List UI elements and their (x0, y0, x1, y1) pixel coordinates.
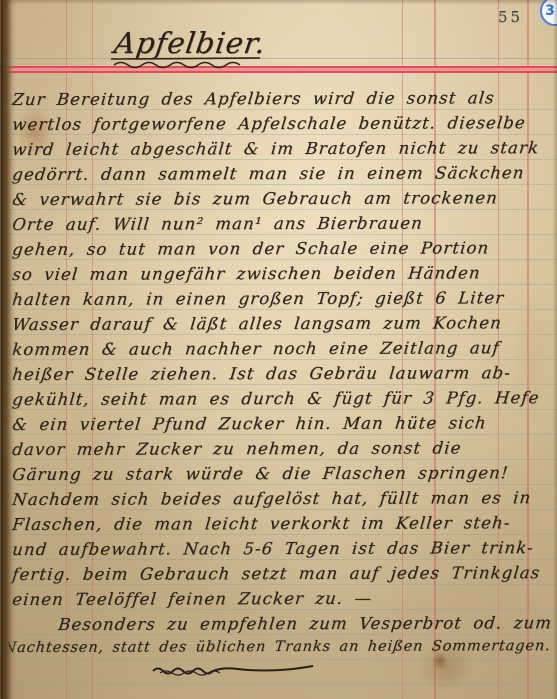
manuscript-line: Besonders zu empfehlen zum Vesperbrot od… (57, 613, 557, 641)
manuscript-line: wird leicht abgeschält & im Bratofen nic… (11, 138, 554, 166)
manuscript-line: Wasser darauf & läßt alles langsam zum K… (11, 313, 554, 341)
manuscript-line: & verwahrt sie bis zum Gebrauch am trock… (11, 188, 554, 216)
manuscript-page: 55 3 Apfelbier. Zur Bereitung des Apfelb… (0, 0, 557, 699)
page-number: 55 (498, 10, 523, 25)
manuscript-line: so viel man ungefähr zwischen beiden Hän… (11, 263, 554, 291)
manuscript-line: fertig. beim Gebrauch setzt man auf jede… (11, 563, 554, 591)
manuscript-line: einen Teelöffel feinen Zucker zu. — (11, 588, 554, 616)
manuscript-line: Zur Bereitung des Apfelbiers wird die so… (11, 88, 554, 116)
binding-edge (0, 0, 16, 699)
manuscript-line: & ein viertel Pfund Zucker hin. Man hüte… (11, 413, 554, 441)
manuscript-line: Nachdem sich beides aufgelöst hat, füllt… (11, 488, 554, 516)
manuscript-line: halten kann, in einen großen Topf; gießt… (11, 288, 554, 316)
manuscript-line: davor mehr Zucker zu nehmen, da sonst di… (11, 438, 554, 466)
manuscript-line: wertlos fortgeworfene Apfelschale benütz… (11, 113, 554, 141)
manuscript-line: und aufbewahrt. Nach 5-6 Tagen ist das B… (11, 538, 554, 566)
header-teal-rule (0, 58, 557, 59)
end-flourish (150, 662, 325, 678)
manuscript-line: kommen & auch nachher noch eine Zeitlang… (11, 338, 554, 366)
manuscript-line: gedörrt. dann sammelt man sie in einem S… (11, 163, 554, 191)
page-edge-right (553, 0, 557, 699)
manuscript-line: heißer Stelle ziehen. Ist das Gebräu lau… (11, 363, 554, 391)
manuscript-line: Gärung zu stark würde & die Flaschen spr… (11, 463, 554, 491)
header-red-rule (0, 66, 557, 73)
page-title: Apfelbier. (112, 26, 268, 60)
manuscript-line: gehen, so tut man von der Schale eine Po… (11, 238, 554, 266)
manuscript-line: Orte auf. Will nun² man¹ ans Bierbrauen (11, 213, 554, 241)
page-edge-top (0, 0, 557, 5)
manuscript-line: Flaschen, die man leicht verkorkt im Kel… (11, 513, 554, 541)
title-underline (108, 56, 268, 70)
manuscript-line: gekühlt, seiht man es durch & fügt für 3… (11, 388, 554, 416)
